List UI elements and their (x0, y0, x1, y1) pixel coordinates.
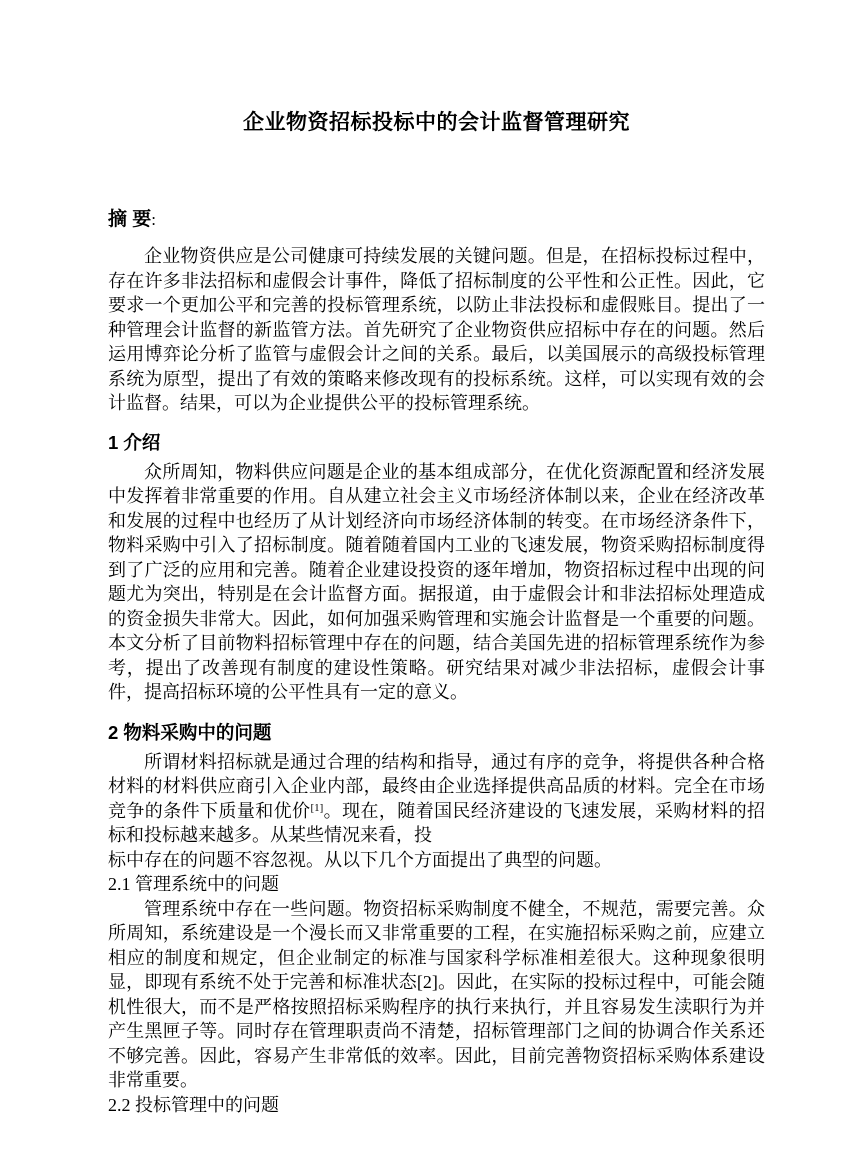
abstract-label: 摘 要: (108, 208, 765, 232)
section-1-paragraph: 众所周知，物料供应问题是企业的基本组成部分，在优化资源配置和经济发展中发挥着非常… (108, 460, 765, 705)
section-2-paragraph: 所谓材料招标就是通过合理的结构和指导，通过有序的竞争，将提供各种合格材料的材料供… (108, 750, 765, 848)
section-2-1-subheading: 2.1 管理系统中的问题 (108, 872, 765, 897)
abstract-paragraph: 企业物资供应是公司健康可持续发展的关键问题。但是，在招标投标过程中，存在许多非法… (108, 244, 765, 416)
section-2-heading: 2 物料采购中的问题 (108, 721, 765, 745)
section-1-heading: 1 介绍 (108, 431, 765, 455)
abstract-label-text: 摘 要 (108, 209, 151, 230)
abstract-label-colon: : (151, 210, 156, 229)
citation-1-superscript: [1] (310, 802, 323, 814)
section-2-2-subheading: 2.2 投标管理中的问题 (108, 1093, 765, 1118)
page-title: 企业物资招标投标中的会计监督管理研究 (108, 108, 765, 138)
section-2-1-paragraph: 管理系统中存在一些问题。物资招标采购制度不健全，不规范，需要完善。众所周知，系统… (108, 897, 765, 1093)
section-2-paragraph-continued: 标中存在的问题不容忽视。从以下几个方面提出了典型的问题。 (108, 848, 765, 873)
document-page: 企业物资招标投标中的会计监督管理研究 摘 要: 企业物资供应是公司健康可持续发展… (0, 0, 847, 1155)
